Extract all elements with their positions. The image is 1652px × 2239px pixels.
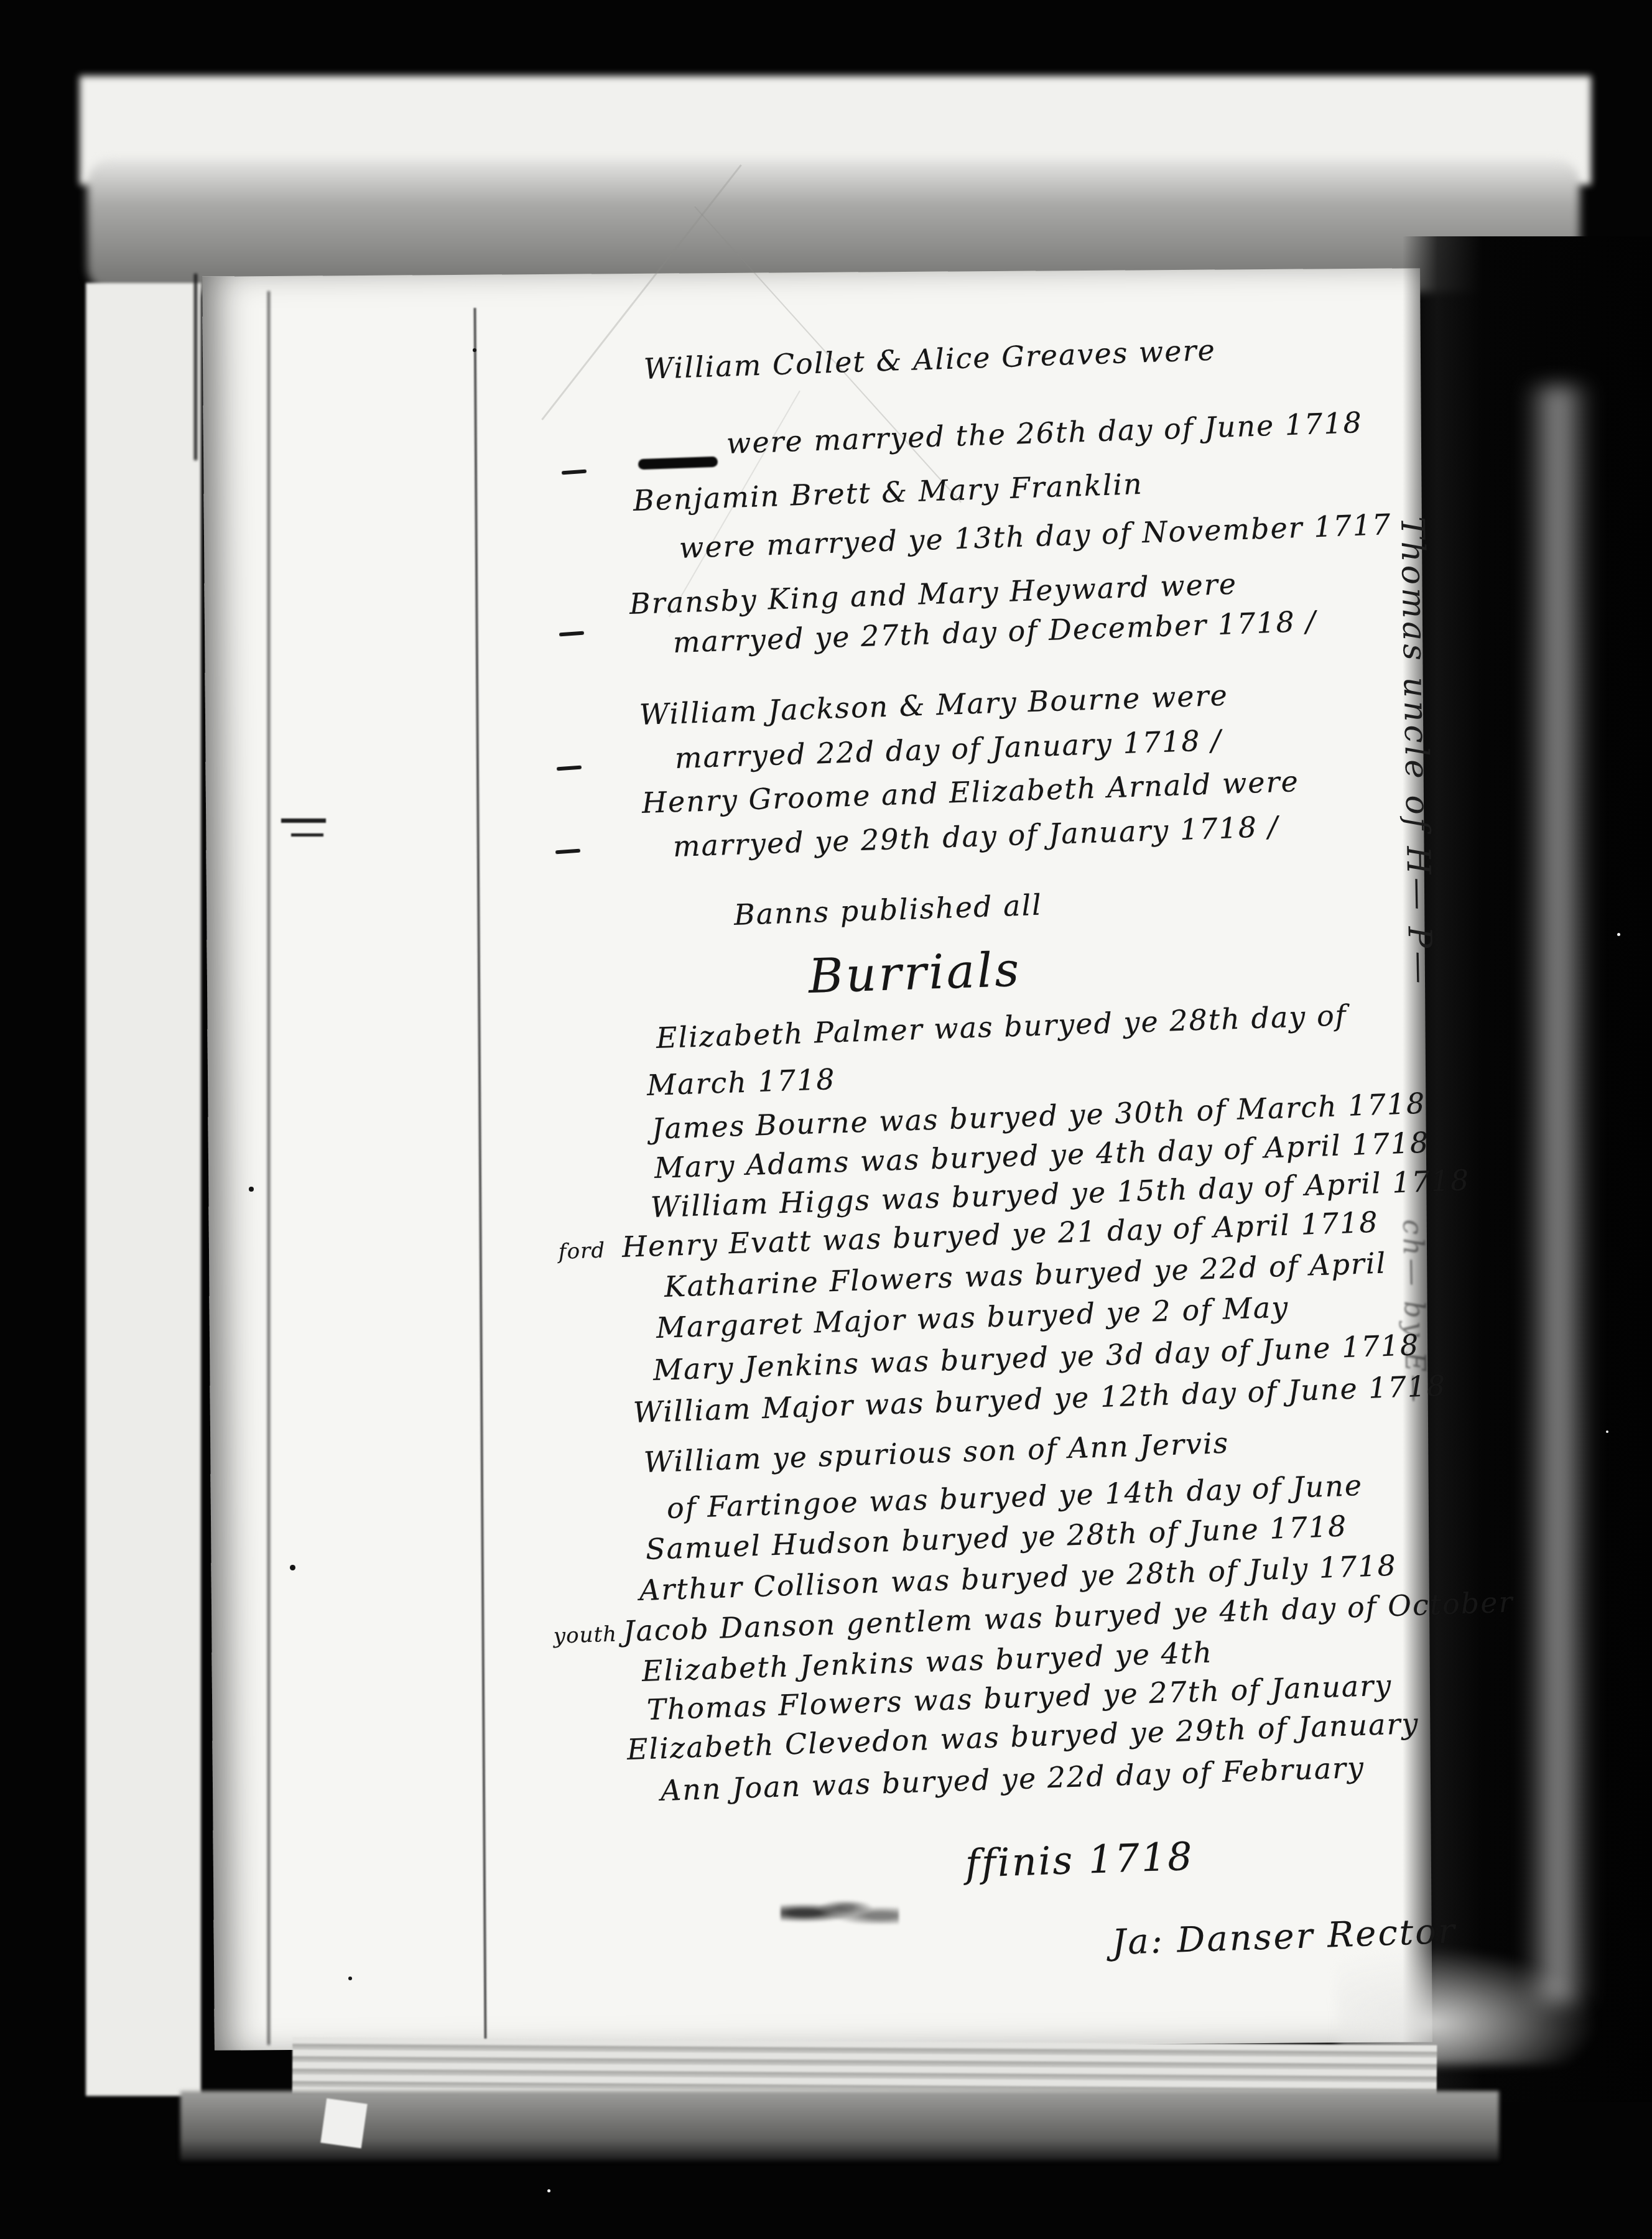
spine-fold-line (267, 291, 270, 2045)
burial-margin-note: youth (553, 1624, 617, 1647)
burial-margin-note: ford (558, 1240, 605, 1263)
binding-stitch-mark (281, 818, 326, 823)
ink-speck (290, 1565, 295, 1570)
ink-speck (249, 1187, 254, 1192)
ink-smudge (781, 1896, 899, 1924)
bottom-page-notch (320, 2098, 367, 2148)
bottom-film-band (180, 2091, 1499, 2161)
previous-page-edge (86, 283, 201, 2096)
microfilm-scan: William Collet & Alice Greaves were were… (0, 0, 1652, 2239)
film-dust-speck (1606, 1430, 1608, 1433)
ink-speck (473, 348, 476, 352)
under-page-edge-line (194, 274, 197, 460)
binding-light-leak (1524, 386, 1592, 2003)
finis-line: ffinis 1718 (965, 1837, 1195, 1883)
film-dust-speck (1617, 933, 1620, 936)
film-dust-speck (547, 2189, 550, 2192)
binding-edge-text-faint: ch— by E— (1396, 1219, 1431, 1406)
burials-heading: Burrials (808, 946, 1023, 1000)
burial-entry-line: March 1718 (646, 1065, 836, 1100)
ink-speck (348, 1977, 352, 1980)
binding-stitch-mark (291, 833, 323, 837)
